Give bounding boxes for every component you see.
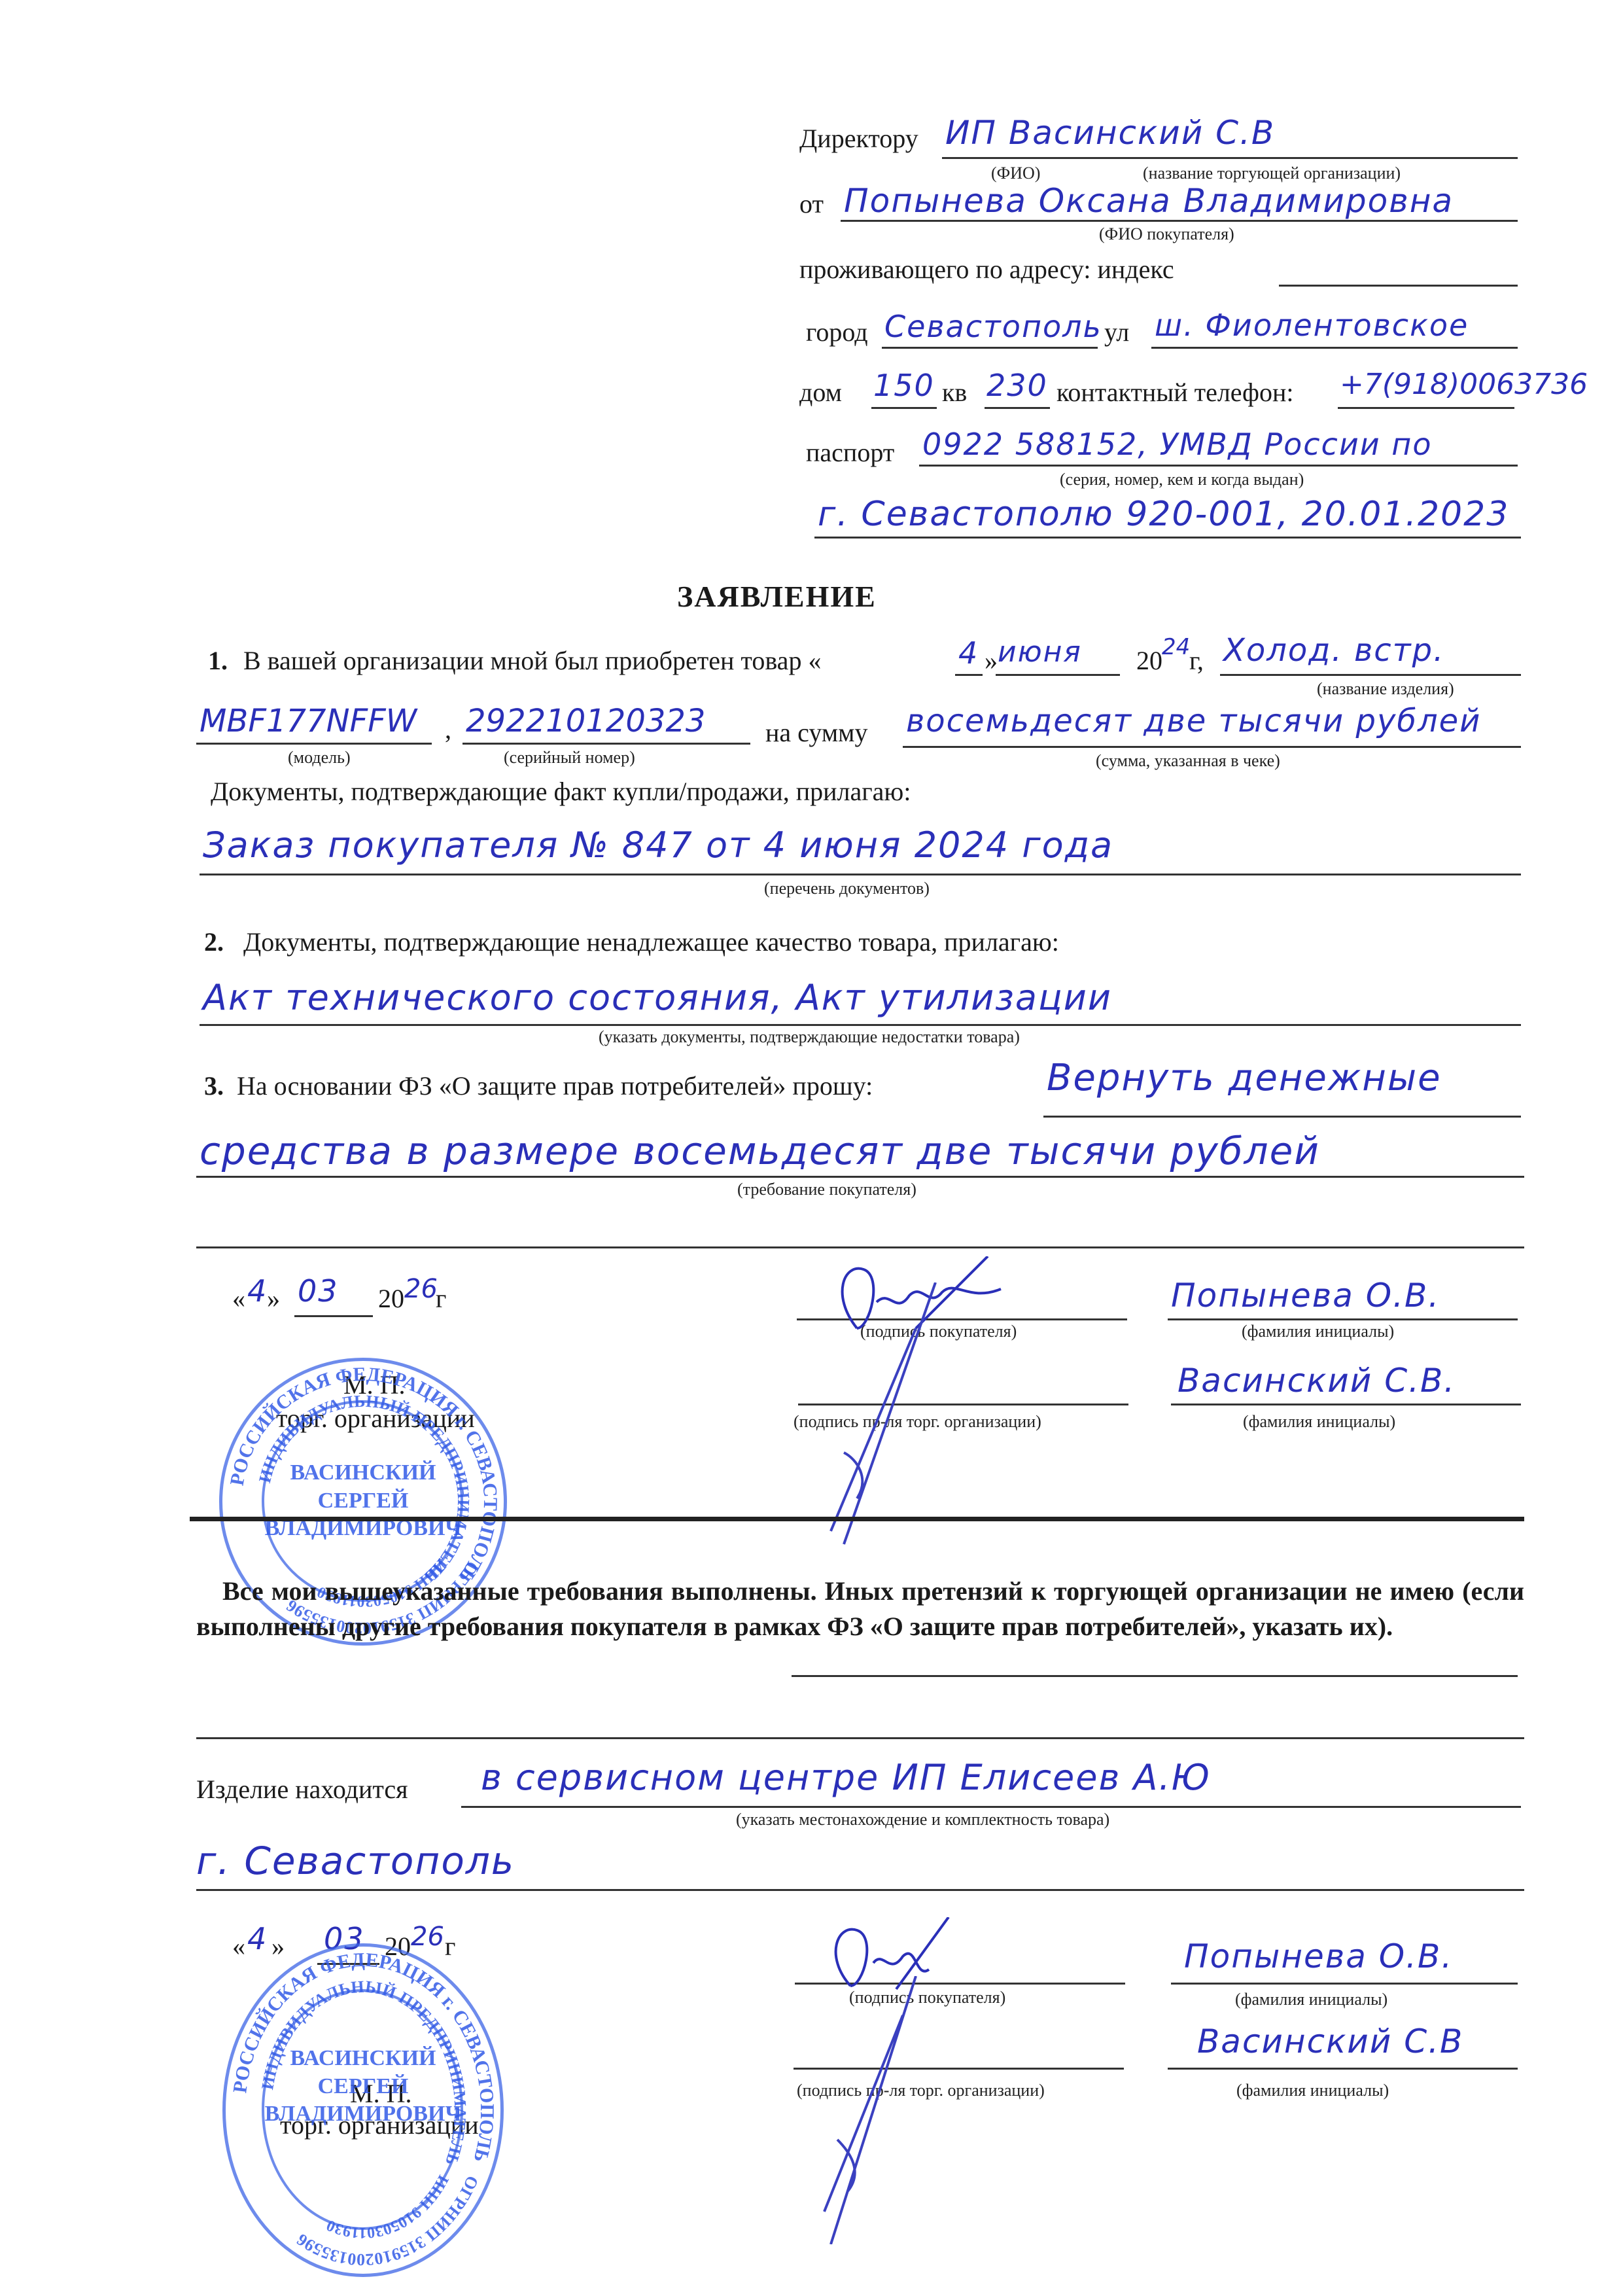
index-underline xyxy=(1279,285,1518,287)
sign2-seller-name-sub: (фамилия инициалы) xyxy=(1236,2082,1389,2099)
demand-underline-2 xyxy=(196,1176,1524,1178)
street-value[interactable]: ш. Фиолентовское xyxy=(1155,310,1469,340)
phone-underline xyxy=(1338,407,1514,409)
passport-label: паспорт xyxy=(806,440,894,466)
demand-sub: (требование покупателя) xyxy=(737,1181,916,1198)
flat-underline xyxy=(985,407,1050,409)
house-label: дом xyxy=(799,380,842,406)
purchase-year-suffix[interactable]: 24 xyxy=(1162,636,1190,658)
house-underline xyxy=(871,407,937,409)
location-sub: (указать местонахождение и комплектность… xyxy=(736,1811,1109,1828)
from-value[interactable]: Попынева Оксана Владимировна xyxy=(844,185,1454,217)
section-2-text: Документы, подтверждающие ненадлежащее к… xyxy=(243,929,1059,955)
serial-sub: (серийный номер) xyxy=(504,749,635,766)
sign1-buyer-name[interactable]: Попынева О.В. xyxy=(1171,1279,1440,1312)
flat-label: кв xyxy=(942,380,967,406)
sign1-seller-name-line xyxy=(1171,1404,1521,1405)
from-label: от xyxy=(799,191,824,217)
section-1-text: В вашей организации мной был приобретен … xyxy=(243,648,821,674)
to-underline xyxy=(942,157,1518,159)
purchase-year-prefix: 20 xyxy=(1136,648,1162,674)
sign2-seller-name-line xyxy=(1168,2068,1518,2070)
to-sub-fio: (ФИО) xyxy=(991,165,1040,182)
purchase-docs-value[interactable]: Заказ покупателя № 847 от 4 июня 2024 го… xyxy=(203,828,1113,863)
to-value[interactable]: ИП Васинский С.В xyxy=(945,116,1275,149)
purchase-day[interactable]: 4 xyxy=(958,638,979,668)
demand-value-1[interactable]: Вернуть денежные xyxy=(1047,1060,1442,1097)
street-underline xyxy=(1151,347,1518,349)
sign1-seller-signature xyxy=(818,1282,949,1551)
serial-underline xyxy=(462,743,750,745)
passport-underline-1 xyxy=(919,465,1518,467)
city-value[interactable]: Севастополь xyxy=(884,311,1102,342)
to-label: Директору xyxy=(799,126,918,152)
demand-underline-1 xyxy=(1043,1116,1521,1118)
sign1-buyer-name-line xyxy=(1168,1318,1518,1320)
passport-value-1[interactable]: 0922 588152, УМВД России по xyxy=(922,429,1432,459)
document-title: ЗАЯВЛЕНИЕ xyxy=(677,579,877,614)
sign2-year-suffix[interactable]: 26 xyxy=(411,1924,444,1950)
sign2-buyer-name-sub: (фамилия инициалы) xyxy=(1235,1991,1387,2008)
sign1-buyer-name-sub: (фамилия инициалы) xyxy=(1242,1323,1394,1340)
section-divider xyxy=(190,1517,1524,1521)
purchase-docs-sub: (перечень документов) xyxy=(764,880,930,897)
sum-label: на сумму xyxy=(765,720,867,746)
sign1-date-open: « xyxy=(232,1286,245,1312)
address-label: проживающего по адресу: индекс xyxy=(799,256,1174,283)
sign2-buyer-name[interactable]: Попынева О.В. xyxy=(1184,1940,1453,1973)
model-sub: (модель) xyxy=(288,749,351,766)
purchase-year-g: г, xyxy=(1189,648,1204,674)
location-underline-2 xyxy=(196,1889,1524,1891)
location-value-1[interactable]: в сервисном центре ИП Елисеев А.Ю xyxy=(481,1760,1211,1795)
sign1-date-mid: » xyxy=(267,1286,280,1312)
section-1-number: 1. xyxy=(208,648,228,674)
sign1-year-suffix[interactable]: 26 xyxy=(404,1276,438,1302)
sign1-seller-name-sub: (фамилия инициалы) xyxy=(1243,1413,1395,1430)
flat-value[interactable]: 230 xyxy=(986,370,1048,400)
sign2-seller-name[interactable]: Васинский С.В xyxy=(1197,2025,1463,2058)
defect-docs-underline xyxy=(200,1024,1521,1026)
purchase-day-underline xyxy=(955,674,983,676)
from-underline xyxy=(841,220,1518,222)
sign1-seller-name[interactable]: Васинский С.В. xyxy=(1178,1364,1456,1397)
sign2-buyer-name-line xyxy=(1171,1983,1518,1985)
from-sub: (ФИО покупателя) xyxy=(1099,226,1234,243)
demand-value-2[interactable]: средства в размере восемьдесят две тысяч… xyxy=(200,1132,1320,1170)
section-2-number: 2. xyxy=(204,929,224,955)
sum-sub: (сумма, указанная в чеке) xyxy=(1096,752,1280,769)
serial-value[interactable]: 292210120323 xyxy=(466,705,705,737)
sign1-day[interactable]: 4 xyxy=(247,1276,268,1306)
closing-extra-underline xyxy=(792,1675,1518,1677)
purchase-docs-underline xyxy=(200,874,1521,875)
passport-sub: (серия, номер, кем и когда выдан) xyxy=(1060,471,1304,488)
sum-value[interactable]: восемьдесят две тысячи рублей xyxy=(906,705,1481,737)
sum-underline xyxy=(903,746,1521,748)
seal-stamp-2: РОССИЙСКАЯ ФЕДЕРАЦИЯ г. СЕВАСТОПОЛЬ ИНДИ… xyxy=(222,1943,504,2277)
passport-value-2[interactable]: г. Севастополю 920-001, 20.01.2023 xyxy=(818,497,1509,531)
closing-paragraph: Все мои вышеуказанные требования выполне… xyxy=(196,1574,1524,1644)
section-3-number: 3. xyxy=(204,1073,224,1099)
location-underline-1 xyxy=(461,1806,1521,1808)
phone-value[interactable]: +7(918)0063736 xyxy=(1340,370,1588,399)
stamp-2-holder-name: ВАСИНСКИЙ СЕРГЕЙ ВЛАДИМИРОВИЧ xyxy=(226,2045,500,2128)
demand-underline-3 xyxy=(196,1246,1524,1248)
stamp-holder-name: ВАСИНСКИЙ СЕРГЕЙ ВЛАДИМИРОВИЧ xyxy=(222,1459,504,1543)
phone-label: контактный телефон: xyxy=(1056,380,1293,406)
sign1-year-g: г xyxy=(436,1286,446,1312)
sign1-month[interactable]: 03 xyxy=(298,1276,339,1306)
sign2-seller-signature xyxy=(818,1976,929,2244)
product-sub: (название изделия) xyxy=(1317,680,1454,698)
street-label: ул xyxy=(1104,319,1129,345)
passport-underline-2 xyxy=(814,537,1521,539)
house-value[interactable]: 150 xyxy=(873,370,935,400)
city-label: город xyxy=(806,319,868,345)
model-serial-comma: , xyxy=(445,716,451,743)
location-value-2[interactable]: г. Севастополь xyxy=(196,1842,515,1880)
sign1-year-prefix: 20 xyxy=(378,1286,404,1312)
purchase-date-mid: » xyxy=(985,648,998,674)
purchase-docs-label: Документы, подтверждающие факт купли/про… xyxy=(211,779,911,805)
purchase-month[interactable]: июня xyxy=(998,638,1082,667)
closing-extra-underline-2 xyxy=(196,1737,1524,1739)
purchase-month-underline xyxy=(996,674,1120,676)
to-sub-org: (название торгующей организации) xyxy=(1143,165,1401,182)
city-underline xyxy=(882,347,1098,349)
sign1-month-underline xyxy=(294,1315,373,1317)
product-name[interactable]: Холод. встр. xyxy=(1223,635,1444,666)
section-3-text: На основании ФЗ «О защите прав потребите… xyxy=(237,1073,873,1099)
model-value[interactable]: MBF177NFFW xyxy=(200,705,417,737)
defect-docs-sub: (указать документы, подтверждающие недос… xyxy=(599,1029,1020,1046)
product-underline xyxy=(1220,674,1521,676)
location-label: Изделие находится xyxy=(196,1776,408,1803)
model-underline xyxy=(196,743,432,745)
defect-docs-value[interactable]: Акт технического состояния, Акт утилизац… xyxy=(203,980,1112,1016)
